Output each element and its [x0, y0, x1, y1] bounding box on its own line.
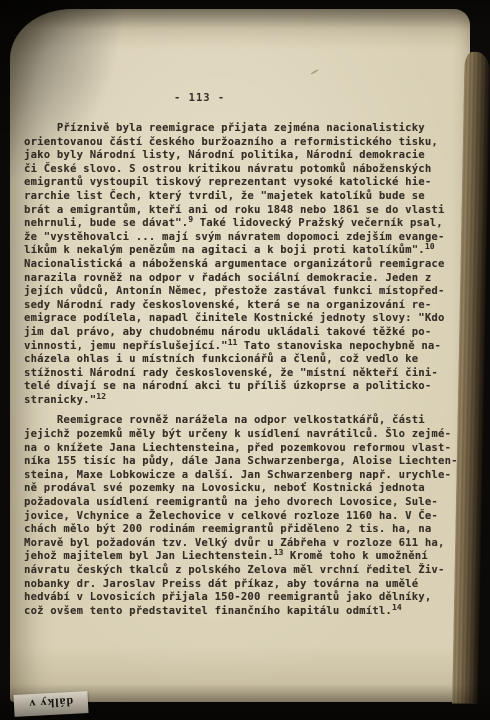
text-line: orientovanou částí českého buržoazního a…	[24, 136, 460, 150]
bottom-page-fragment: dálky v	[13, 691, 88, 717]
text-line: jovice, Vchynice a Želechovice v celkové…	[24, 510, 460, 524]
text-line: požadovala usídlení reemigrantů na jeho …	[24, 496, 460, 510]
page-number: - 113 -	[174, 92, 225, 104]
text-line: emigrace podílela, napadl činitele Kostn…	[24, 312, 460, 326]
footnote-marker: 14	[392, 603, 402, 612]
text-line: vinnosti, jemu nepříslušející."11 Tato s…	[24, 340, 460, 354]
bottom-page-fragment-text: dálky v	[13, 691, 88, 715]
footnote-marker: 10	[425, 242, 435, 251]
footnote-marker: 13	[274, 548, 284, 557]
text-line: nehrnuli, bude se dávat".9 Také lidoveck…	[24, 217, 460, 231]
text-block: Příznivě byla reemigrace přijata zejména…	[24, 122, 460, 618]
text-line: Reemigrace rovněž narážela na odpor velk…	[24, 414, 460, 428]
text-line: telé dívají se na národní akci tu příliš…	[24, 380, 460, 394]
text-line: rarchie list Čech, který tvrdil, že "maj…	[24, 190, 460, 204]
text-line: nobanky dr. Jaroslav Preiss dát příkaz, …	[24, 578, 460, 592]
paragraph-1: Příznivě byla reemigrace přijata zejména…	[24, 122, 460, 407]
text-line: že "vystěhovalci ... mají svým návratem …	[24, 231, 460, 245]
text-line: steina, Maxe Lobkowicze a další. Jan Sch…	[24, 469, 460, 483]
text-line: stížnosti Národní rady československé, ž…	[24, 367, 460, 381]
text-line: jehož majitelem byl Jan Liechtenstein.13…	[24, 550, 460, 564]
book-page: - 113 - Příznivě byla reemigrace přijata…	[10, 9, 470, 702]
text-line: ně prodával své pozemky na Lovosicku, ne…	[24, 482, 460, 496]
paper-blemish	[310, 69, 319, 75]
paragraph-2: Reemigrace rovněž narážela na odpor velk…	[24, 414, 460, 618]
text-line: chách mělo být 200 rodinám reemigrantů p…	[24, 523, 460, 537]
text-line: na o knížete Jana Liechtensteina, před p…	[24, 442, 460, 456]
text-line: brát a emigrantům, kteří ani od roku 184…	[24, 204, 460, 218]
text-line: jim dal právo, aby chudobnému národu ukl…	[24, 326, 460, 340]
footnote-marker: 11	[228, 338, 238, 347]
text-line: líkům k nekalým penězům na agitaci a k b…	[24, 244, 460, 258]
text-line: což ovšem tento představitel finančního …	[24, 605, 460, 619]
footnote-marker: 12	[96, 392, 106, 401]
text-line: či České slovo. S ostrou kritikou návrat…	[24, 163, 460, 177]
text-line: Nacionalistická a náboženská argumentace…	[24, 258, 460, 272]
text-line: jako byly Národní listy, Národní politik…	[24, 149, 460, 163]
text-line: emigrantů vystoupil tiskový reprezentant…	[24, 176, 460, 190]
text-line: narazila rovněž na odpor v řadách sociál…	[24, 272, 460, 286]
text-line: jejichž pozemků měly být určeny k usídle…	[24, 428, 460, 442]
text-line: sedy Národní rady československé, která …	[24, 299, 460, 313]
book-scan: - 113 - Příznivě byla reemigrace přijata…	[0, 0, 490, 720]
text-line: stranicky."12	[24, 394, 460, 408]
text-line: Moravě byl požadován tzv. Velký dvůr u Z…	[24, 537, 460, 551]
text-line: jejích vůdců, Antonín Němec, přestože za…	[24, 285, 460, 299]
footnote-marker: 9	[188, 215, 193, 224]
text-line: cházela ohlas i u místních funkcionářů a…	[24, 353, 460, 367]
text-line: návratu českých tkalců z polského Zelova…	[24, 564, 460, 578]
text-line: Příznivě byla reemigrace přijata zejména…	[24, 122, 460, 136]
text-line: níka 155 tisíc ha půdy, dále Jana Schwar…	[24, 455, 460, 469]
